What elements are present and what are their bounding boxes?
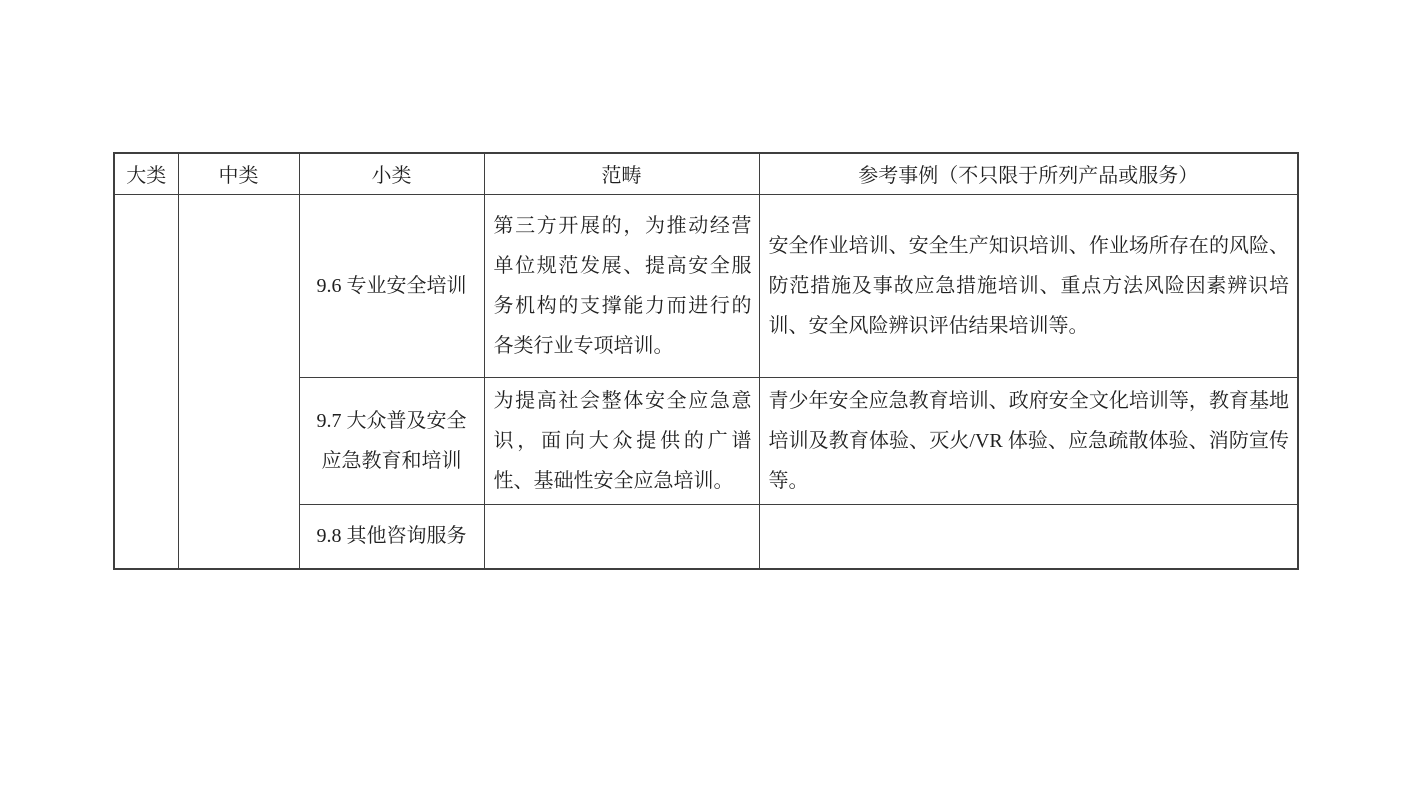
header-middle-category: 中类 — [178, 153, 299, 194]
scope-9-7: 为提高社会整体安全应急意识，面向大众提供的广谱性、基础性安全应急培训。 — [484, 377, 759, 504]
header-examples: 参考事例（不只限于所列产品或服务） — [759, 153, 1298, 194]
examples-9-6: 安全作业培训、安全生产知识培训、作业场所存在的风险、防范措施及事故应急措施培训、… — [759, 194, 1298, 377]
table-row: 9.6 专业安全培训 第三方开展的，为推动经营单位规范发展、提高安全服务机构的支… — [114, 194, 1298, 377]
classification-table: 大类 中类 小类 范畴 参考事例（不只限于所列产品或服务） 9.6 专业安全培训… — [113, 152, 1299, 570]
header-scope: 范畴 — [484, 153, 759, 194]
minor-category-9-6: 9.6 专业安全培训 — [299, 194, 484, 377]
scope-9-6: 第三方开展的，为推动经营单位规范发展、提高安全服务机构的支撑能力而进行的各类行业… — [484, 194, 759, 377]
scope-9-8 — [484, 504, 759, 569]
document-page: 大类 中类 小类 范畴 参考事例（不只限于所列产品或服务） 9.6 专业安全培训… — [0, 0, 1407, 802]
middle-category-cell — [178, 194, 299, 569]
major-category-cell — [114, 194, 178, 569]
minor-category-9-8: 9.8 其他咨询服务 — [299, 504, 484, 569]
header-major-category: 大类 — [114, 153, 178, 194]
header-row: 大类 中类 小类 范畴 参考事例（不只限于所列产品或服务） — [114, 153, 1298, 194]
examples-9-8 — [759, 504, 1298, 569]
minor-category-9-7: 9.7 大众普及安全应急教育和培训 — [299, 377, 484, 504]
header-minor-category: 小类 — [299, 153, 484, 194]
examples-9-7: 青少年安全应急教育培训、政府安全文化培训等，教育基地培训及教育体验、灭火/VR … — [759, 377, 1298, 504]
